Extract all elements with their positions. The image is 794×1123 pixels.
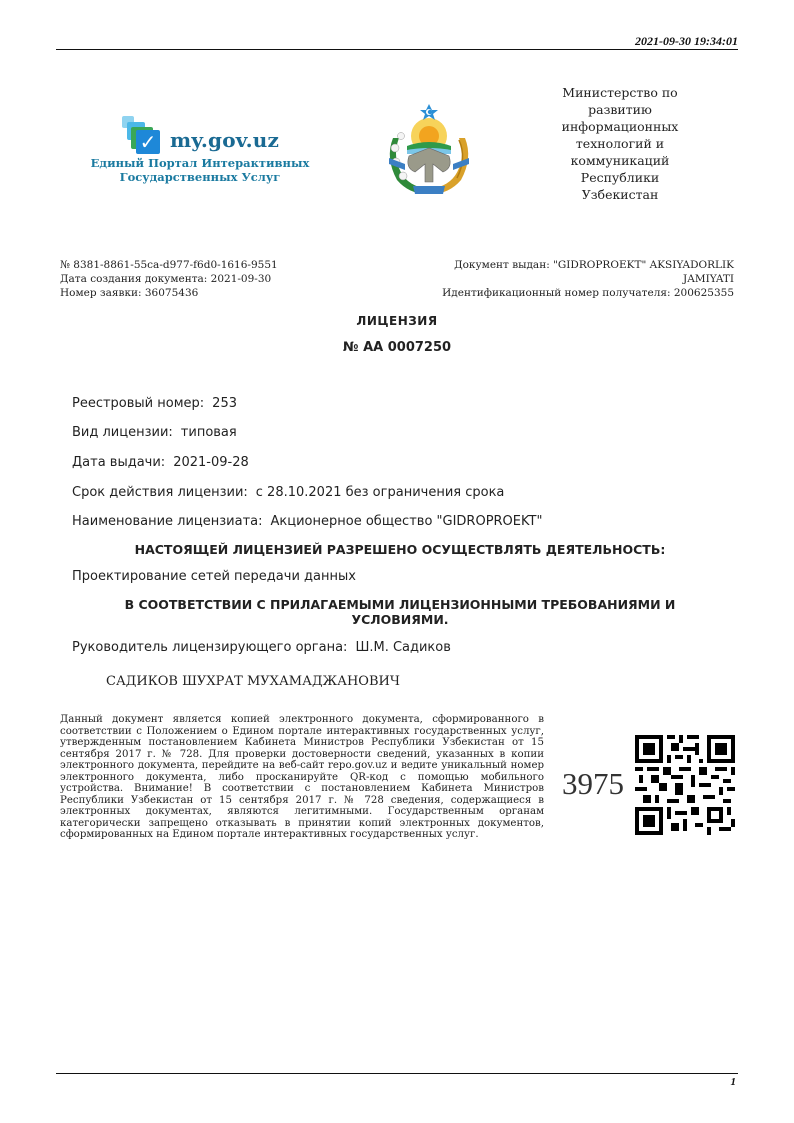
qr-code-icon[interactable] <box>635 735 735 835</box>
portal-logo: ✓ my.gov.uz Единый Портал Интерактивных … <box>78 114 322 190</box>
field-label: Дата выдачи: <box>72 455 165 470</box>
licensing-authority-head: Руководитель лицензирующего органа:Ш.М. … <box>72 640 451 655</box>
header-divider <box>56 49 738 50</box>
signer-full-name: САДИКОВ ШУХРАТ МУХАМАДЖАНОВИЧ <box>106 674 400 689</box>
ministry-line: коммуникаций <box>548 152 692 169</box>
field-label: Реестровый номер: <box>72 396 204 411</box>
print-timestamp: 2021-09-30 19:34:01 <box>635 34 738 49</box>
recipient-id: Идентификационный номер получателя: 2006… <box>414 286 734 300</box>
field-registry-number: Реестровый номер:253 <box>72 396 237 411</box>
footer-divider <box>56 1073 738 1074</box>
permitted-activity-heading: НАСТОЯЩЕЙ ЛИЦЕНЗИЕЙ РАЗРЕШЕНО ОСУЩЕСТВЛЯ… <box>60 542 740 557</box>
field-label: Руководитель лицензирующего органа: <box>72 640 347 655</box>
portal-name: Единый Портал Интерактивных Государствен… <box>78 156 322 184</box>
field-validity-period: Срок действия лицензии:с 28.10.2021 без … <box>72 485 504 500</box>
ministry-line: технологий и <box>548 135 692 152</box>
conditions-statement: В СООТВЕТСТВИИ С ПРИЛАГАЕМЫМИ ЛИЦЕНЗИОНН… <box>60 597 740 627</box>
state-emblem-icon <box>379 98 479 198</box>
field-label: Наименование лицензиата: <box>72 514 263 529</box>
field-licensee-name: Наименование лицензиата:Акционерное обще… <box>72 514 542 529</box>
legal-disclaimer: Данный документ является копией электрон… <box>60 714 544 841</box>
conditions-line: В СООТВЕТСТВИИ С ПРИЛАГАЕМЫМИ ЛИЦЕНЗИОНН… <box>60 597 740 612</box>
document-meta-left: № 8381-8861-55ca-d977-f6d0-1616-9551 Дат… <box>60 258 278 300</box>
field-value: 2021-09-28 <box>173 455 249 470</box>
ministry-line: информационных <box>548 118 692 135</box>
permitted-activity: Проектирование сетей передачи данных <box>72 569 356 584</box>
document-number: № 8381-8861-55ca-d977-f6d0-1616-9551 <box>60 258 278 272</box>
portal-name-line1: Единый Портал Интерактивных <box>78 156 322 170</box>
ministry-line: развитию <box>548 101 692 118</box>
license-title: ЛИЦЕНЗИЯ <box>0 314 794 328</box>
issued-to-line1: Документ выдан: "GIDROPROEKT" AKSIYADORL… <box>414 258 734 272</box>
issuing-ministry: Министерство по развитию информационных … <box>548 84 692 203</box>
field-issue-date: Дата выдачи:2021-09-28 <box>72 455 249 470</box>
checkmark-icon: ✓ <box>136 130 160 154</box>
ministry-line: Узбекистан <box>548 186 692 203</box>
document-created-date: Дата создания документа: 2021-09-30 <box>60 272 278 286</box>
field-value: 253 <box>212 396 237 411</box>
field-value: типовая <box>181 425 237 440</box>
request-number: Номер заявки: 36075436 <box>60 286 278 300</box>
portal-domain: my.gov.uz <box>170 128 279 152</box>
ministry-line: Министерство по <box>548 84 692 101</box>
document-meta-right: Документ выдан: "GIDROPROEKT" AKSIYADORL… <box>414 258 734 300</box>
field-license-type: Вид лицензии:типовая <box>72 425 237 440</box>
field-label: Вид лицензии: <box>72 425 173 440</box>
license-number: № AA 0007250 <box>0 340 794 355</box>
portal-name-line2: Государственных Услуг <box>78 170 322 184</box>
qr-code-number: 3975 <box>562 766 624 802</box>
field-label: Срок действия лицензии: <box>72 485 248 500</box>
field-value: Ш.М. Садиков <box>355 640 450 655</box>
issued-to-line2: JAMIYATI <box>414 272 734 286</box>
page-number: 1 <box>731 1076 737 1088</box>
ministry-line: Республики <box>548 169 692 186</box>
field-value: с 28.10.2021 без ограничения срока <box>256 485 505 500</box>
conditions-line: УСЛОВИЯМИ. <box>60 612 740 627</box>
field-value: Акционерное общество "GIDROPROEKT" <box>271 514 543 529</box>
